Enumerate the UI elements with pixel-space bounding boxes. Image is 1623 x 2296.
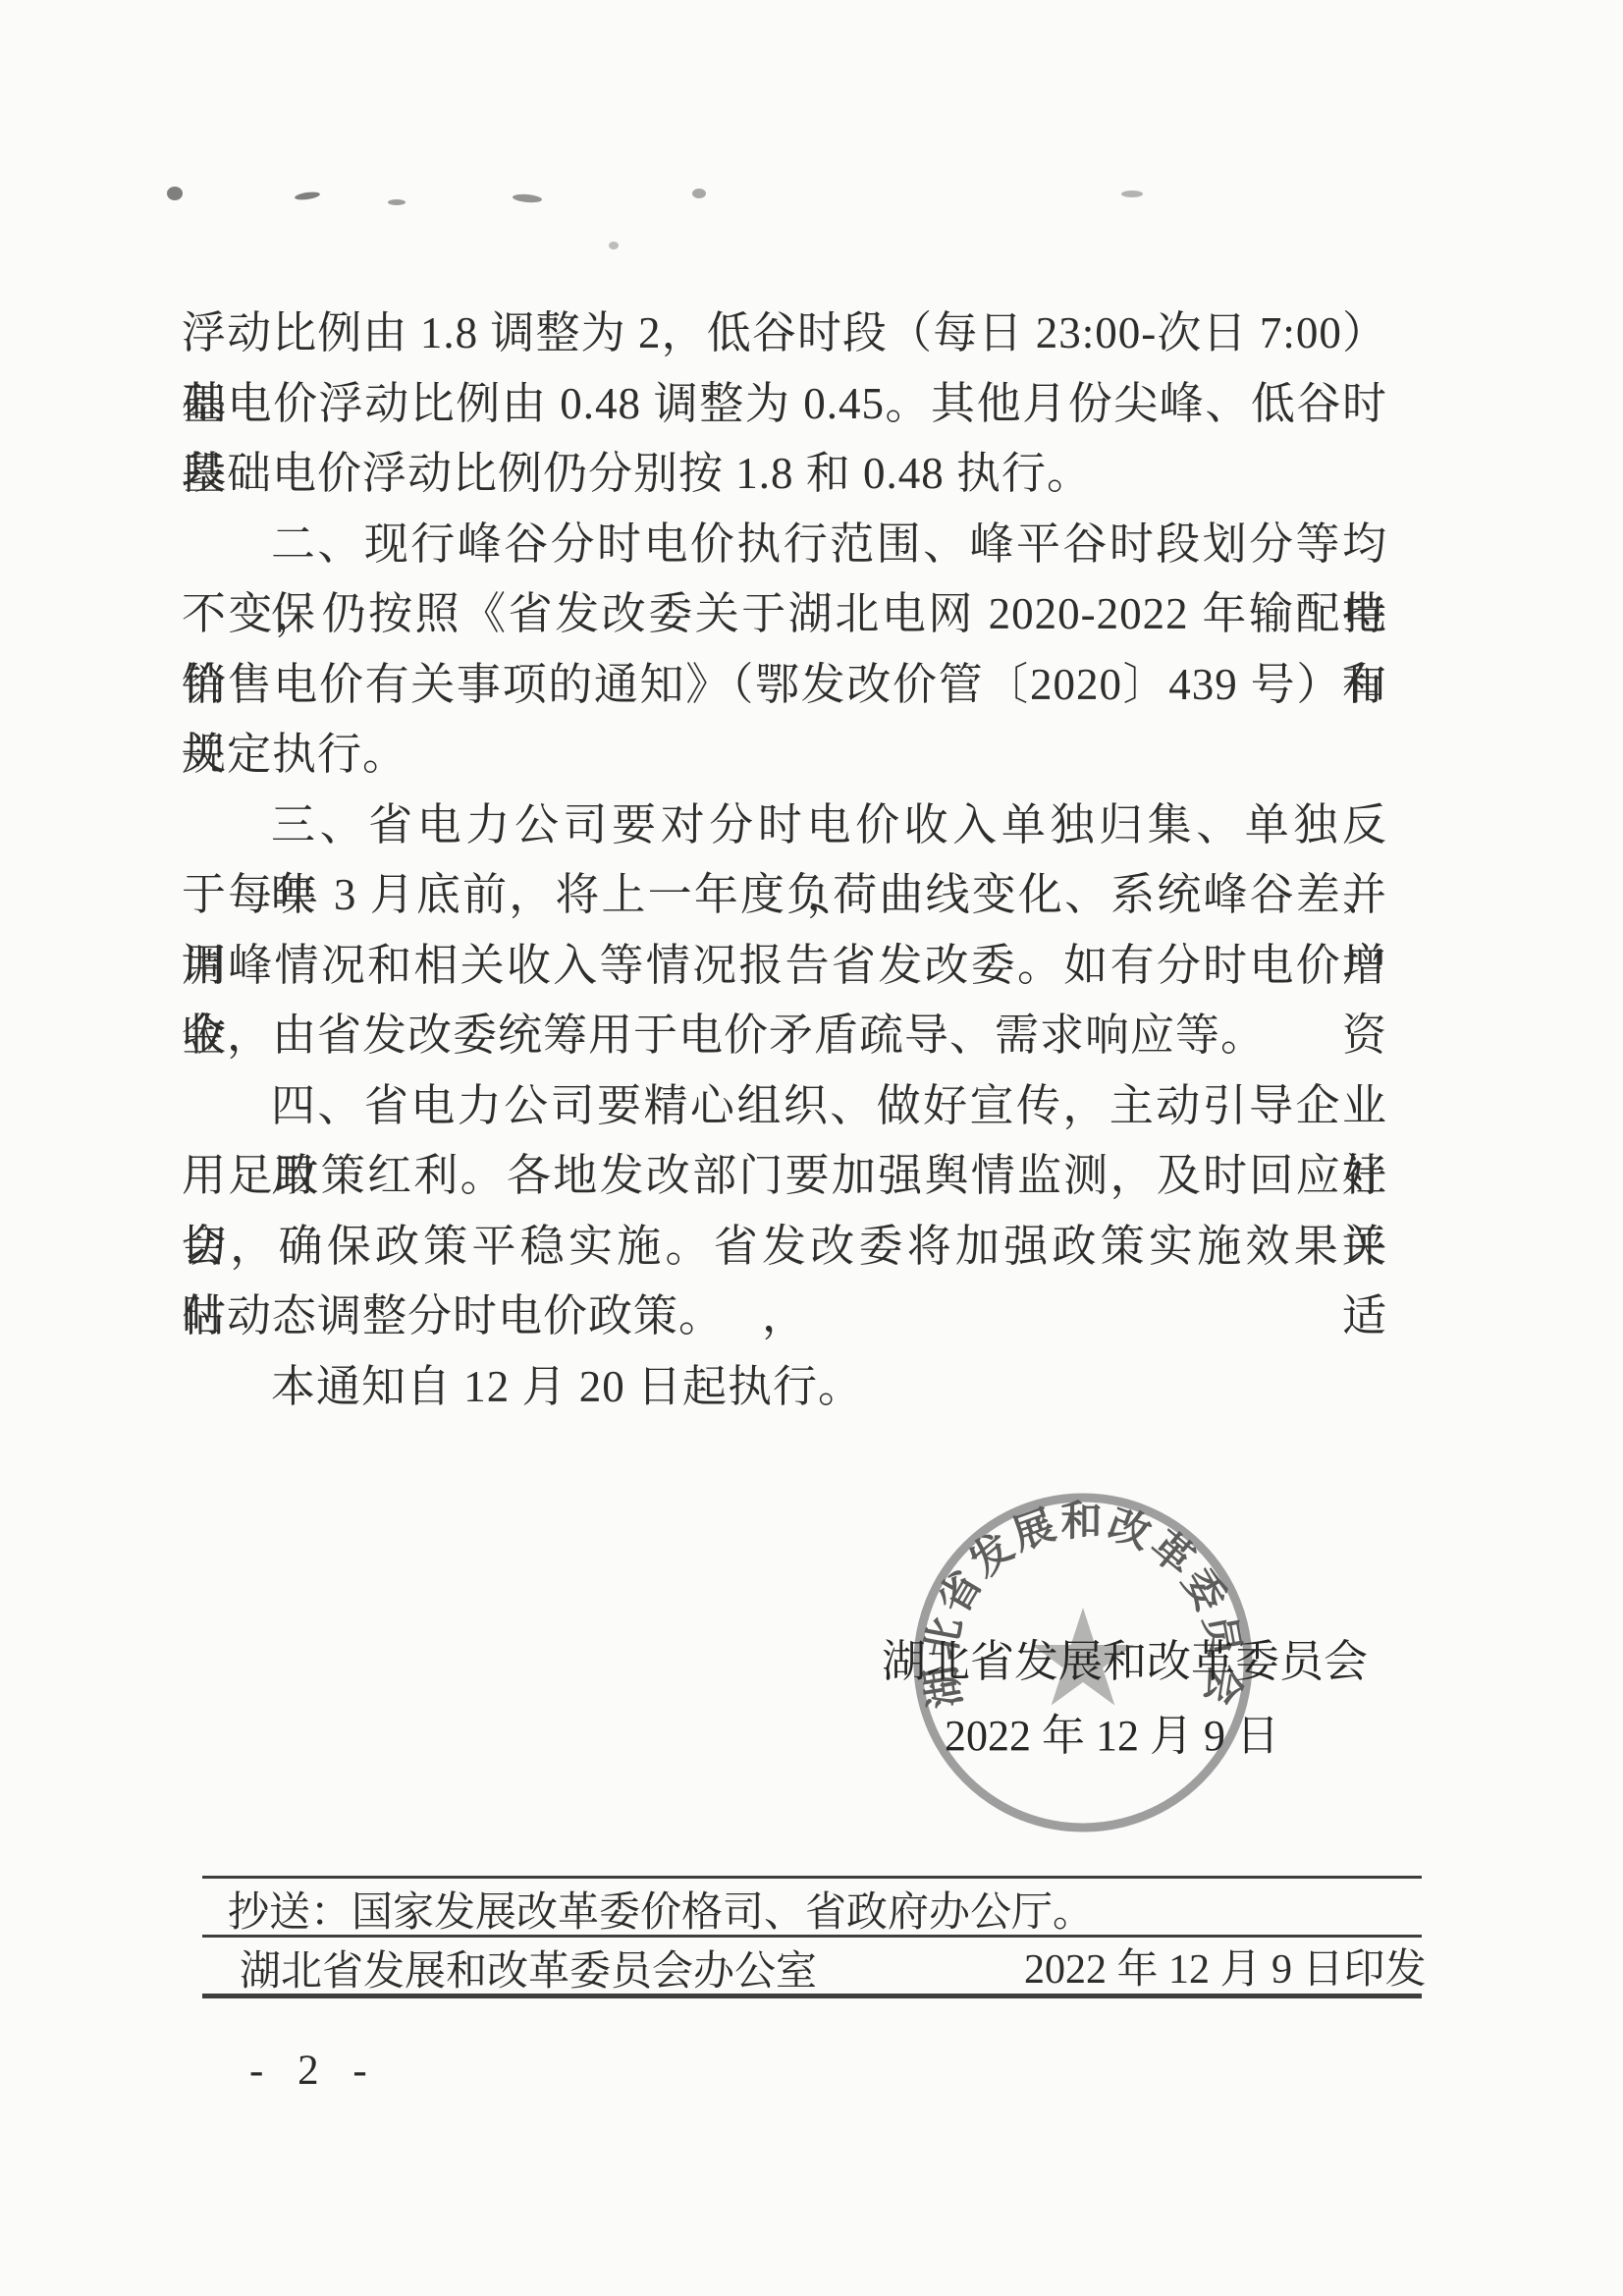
document-page: 浮动比例由 1.8 调整为 2，低谷时段（每日 23:00-次日 7:00）基础… <box>0 0 1623 2296</box>
text-line-8: 三、省电力公司要对分时电价收入单独归集、单独反映，并 <box>182 791 1387 861</box>
scan-smudge <box>167 187 183 200</box>
text-line-6: 销售电价有关事项的通知》（鄂发改价管〔2020〕439 号）有关 <box>182 650 1387 721</box>
signature-date: 2022 年 12 月 9 日 <box>945 1713 1279 1760</box>
footer-divider-middle <box>202 1935 1422 1938</box>
text-line-7: 规定执行。 <box>182 720 1387 791</box>
document-body: 浮动比例由 1.8 调整为 2，低谷时段（每日 23:00-次日 7:00）基础… <box>182 299 1387 1422</box>
text-line-2: 础电价浮动比例由 0.48 调整为 0.45。其他月份尖峰、低谷时段 <box>182 369 1387 440</box>
text-line-12: 四、省电力公司要精心组织、做好宣传，主动引导企业用好 <box>182 1071 1387 1142</box>
print-date: 2022 年 12 月 9 日印发 <box>1024 1948 1427 1992</box>
scan-smudge <box>1121 191 1143 197</box>
page-number: - 2 - <box>249 2049 379 2094</box>
text-line-10: 调峰情况和相关收入等情况报告省发改委。如有分时电价增收资 <box>182 931 1387 1002</box>
text-line-11: 金，由省发改委统筹用于电价矛盾疏导、需求响应等。 <box>182 1001 1387 1071</box>
text-line-4: 二、现行峰谷分时电价执行范围、峰平谷时段划分等均保持 <box>182 510 1387 580</box>
scan-smudge <box>692 189 706 198</box>
footer-divider-top <box>202 1876 1422 1879</box>
text-line-14: 切，确保政策平稳实施。省发改委将加强政策实施效果评估，适 <box>182 1212 1387 1283</box>
scan-smudge <box>609 242 619 249</box>
text-line-1: 浮动比例由 1.8 调整为 2，低谷时段（每日 23:00-次日 7:00）基 <box>182 299 1387 369</box>
cc-line: 抄送：国家发展改革委价格司、省政府办公厅。 <box>228 1891 1094 1935</box>
text-line-5: 不变，仍按照《省发改委关于湖北电网 2020-2022 年输配电价和 <box>182 579 1387 650</box>
text-line-9: 于每年 3 月底前，将上一年度负荷曲线变化、系统峰谷差、用户 <box>182 860 1387 931</box>
scan-smudge <box>513 193 543 204</box>
text-line-16: 本通知自 12 月 20 日起执行。 <box>182 1352 1387 1423</box>
scan-smudge <box>295 191 321 201</box>
text-line-13: 用足政策红利。各地发改部门要加强舆情监测，及时回应社会关 <box>182 1141 1387 1212</box>
scan-smudge <box>388 199 406 205</box>
text-line-3: 基础电价浮动比例仍分别按 1.8 和 0.48 执行。 <box>182 439 1387 510</box>
footer-divider-bottom <box>202 1994 1422 1998</box>
issuing-office: 湖北省发展和改革委员会办公室 <box>240 1950 817 1994</box>
signature-authority: 湖北省发展和改革委员会 <box>882 1638 1359 1685</box>
